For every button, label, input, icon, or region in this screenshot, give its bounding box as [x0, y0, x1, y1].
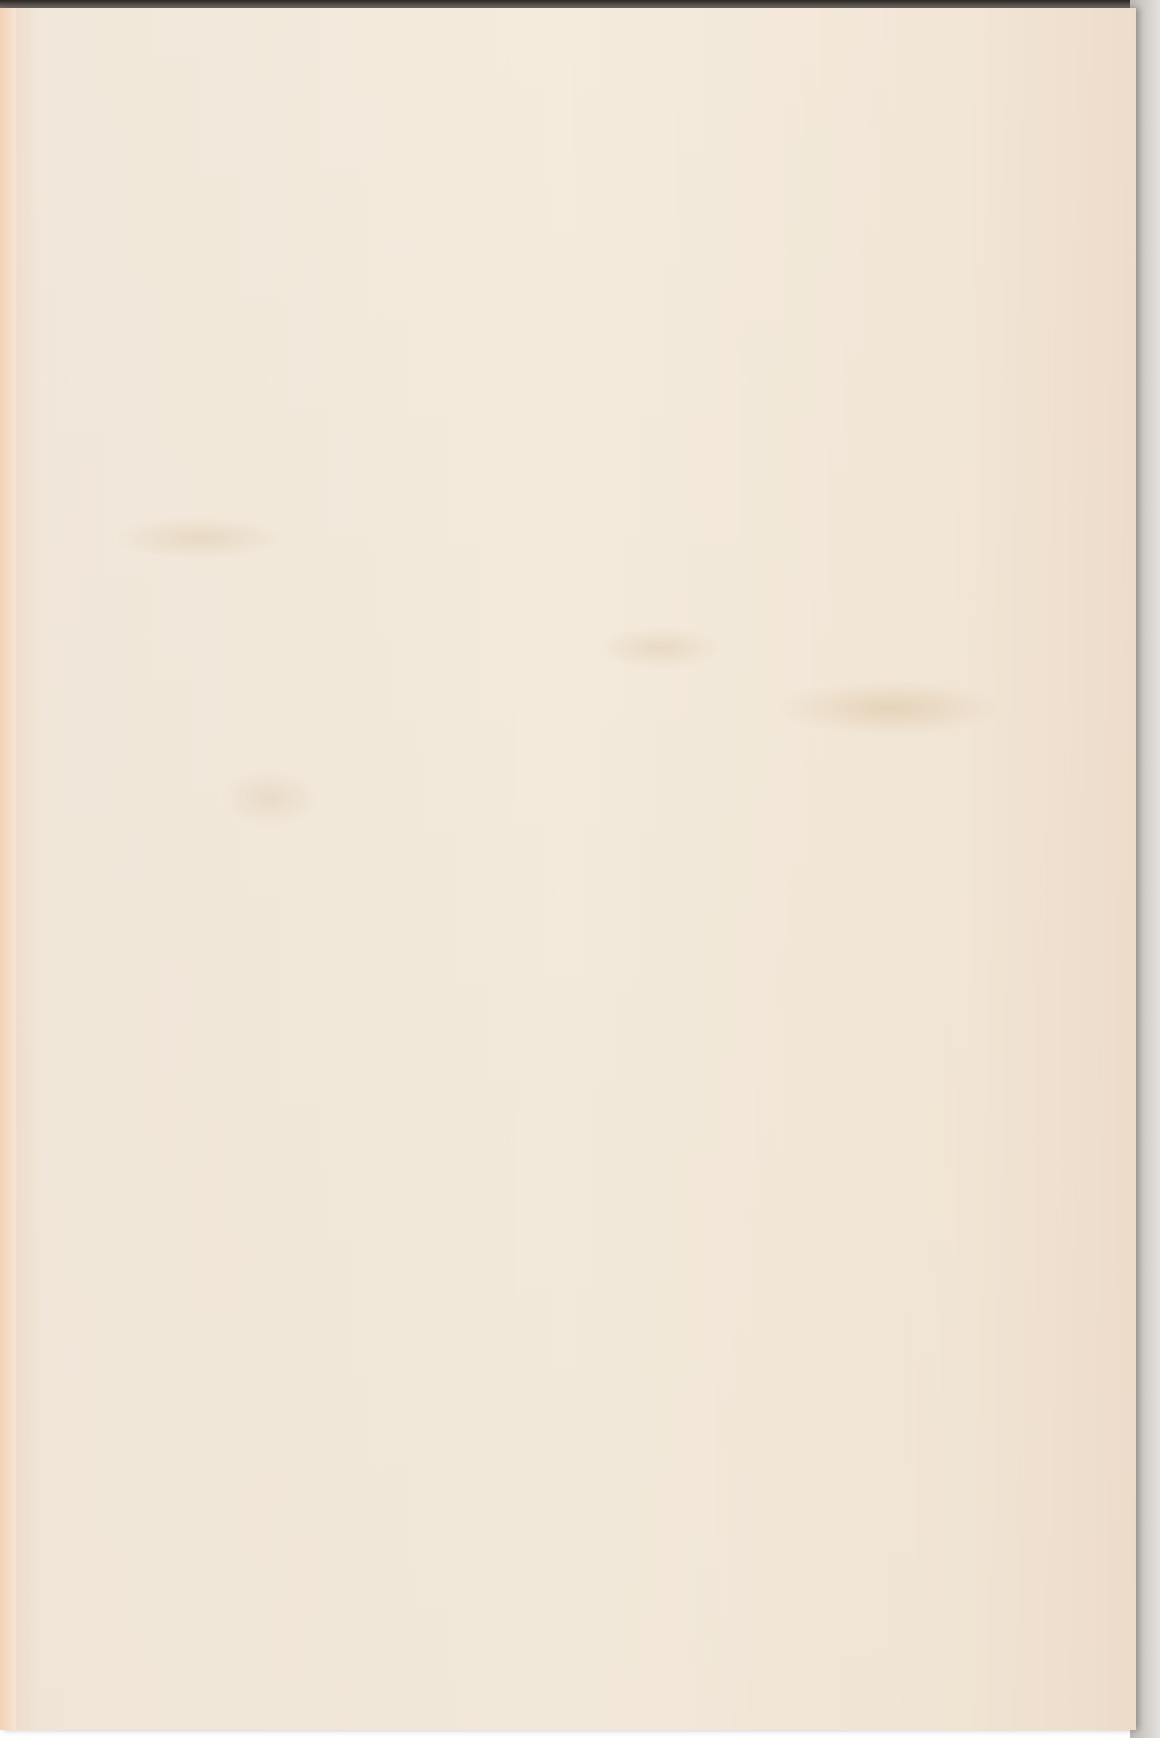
- spine-edge: [0, 8, 16, 1730]
- book-back-cover: [0, 8, 1136, 1730]
